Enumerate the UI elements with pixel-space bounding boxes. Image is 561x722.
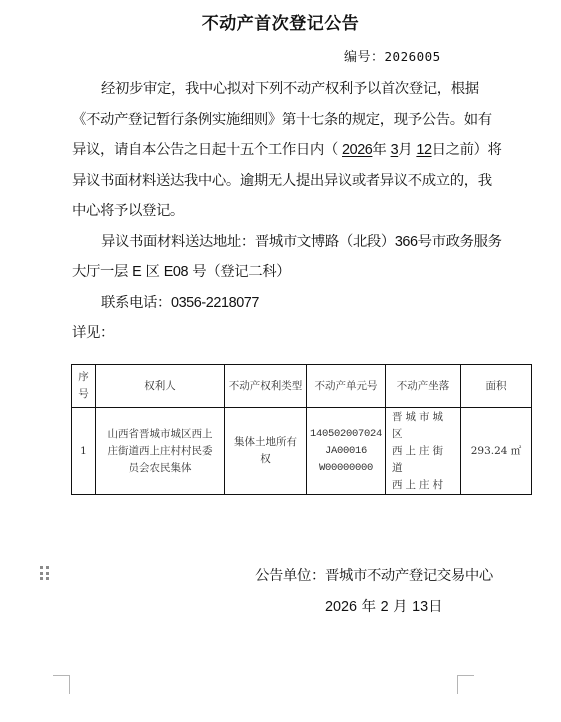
location-line-1: 晋城市城区 — [392, 409, 457, 443]
header-unit-number: 不动产单元号 — [307, 365, 386, 408]
unit-number-line-3: W00000000 — [310, 460, 382, 477]
header-area: 面积 — [461, 365, 532, 408]
deadline-year-unit: 年 — [372, 142, 390, 158]
header-right-type: 不动产权利类型 — [225, 365, 307, 408]
issue-date-day: 13 — [412, 599, 428, 615]
announcement-body: 经初步审定，我中心拟对下列不动产权利予以首次登记，根据《不动产登记暂行条例实施细… — [72, 74, 502, 349]
address-label: 异议书面材料送达地址： — [101, 234, 255, 250]
deadline-year: 2026 — [342, 142, 372, 158]
page-corner-mark-right — [457, 675, 474, 694]
header-index: 序号 — [72, 365, 96, 408]
issuer-label: 公告单位： — [255, 568, 325, 584]
cell-index: 1 — [72, 408, 96, 495]
location-line-3: 西上庄村 — [392, 477, 457, 494]
address-paragraph: 异议书面材料送达地址：晋城市文博路（北段）366号市政务服务大厅一层 E 区 E… — [72, 227, 502, 288]
document-number-value: 2026005 — [385, 49, 441, 64]
cell-unit-number: 140502007024 JA00016 W00000000 — [307, 408, 386, 495]
cell-location: 晋城市城区 西上庄街道 西上庄村 — [386, 408, 461, 495]
location-line-2: 西上庄街道 — [392, 443, 457, 477]
cell-owner: 山西省晋城市城区西上庄街道西上庄村村民委员会农民集体 — [96, 408, 225, 495]
phone-paragraph: 联系电话：0356-2218077 — [72, 288, 502, 319]
document-title: 不动产首次登记公告 — [0, 9, 561, 34]
document-number-label: 编号： — [344, 50, 385, 65]
issue-date: 2026 年 2 月 13日 — [325, 595, 443, 616]
deadline-day: 12 — [416, 142, 431, 158]
issuer-line: 公告单位：晋城市不动产登记交易中心 — [255, 564, 493, 585]
registration-table: 序号 权利人 不动产权利类型 不动产单元号 不动产坐落 面积 1 山西省晋城市城… — [71, 364, 532, 495]
issue-date-month-unit: 月 — [389, 599, 413, 615]
address-street: 晋城市文博路（北段） — [255, 234, 395, 250]
page-corner-mark-left — [53, 675, 70, 694]
header-location: 不动产坐落 — [386, 365, 461, 408]
document-number: 编号：2026005 — [344, 46, 441, 65]
address-office: 号（登记二科） — [188, 264, 290, 280]
table-header-row: 序号 权利人 不动产权利类型 不动产单元号 不动产坐落 面积 — [72, 365, 532, 408]
issue-date-year-unit: 年 — [357, 599, 381, 615]
issue-date-year: 2026 — [325, 599, 357, 615]
unit-number-line-2: JA00016 — [310, 443, 382, 460]
drag-handle-icon[interactable] — [40, 566, 50, 582]
details-label: 详见： — [72, 318, 502, 349]
table-row: 1 山西省晋城市城区西上庄街道西上庄村村民委员会农民集体 集体土地所有权 140… — [72, 408, 532, 495]
deadline-month-unit: 月 — [398, 142, 416, 158]
address-zone: E — [132, 264, 141, 280]
phone-label: 联系电话： — [101, 295, 171, 311]
address-number: 366 — [395, 234, 418, 250]
issue-date-day-unit: 日 — [428, 599, 442, 615]
unit-number-line-1: 140502007024 — [310, 426, 382, 443]
address-zone-unit: 区 — [141, 264, 163, 280]
cell-right-type: 集体土地所有权 — [225, 408, 307, 495]
issuer-name: 晋城市不动产登记交易中心 — [325, 568, 493, 584]
notice-paragraph: 经初步审定，我中心拟对下列不动产权利予以首次登记，根据《不动产登记暂行条例实施细… — [72, 74, 502, 227]
header-owner: 权利人 — [96, 365, 225, 408]
phone-value: 0356-2218077 — [171, 295, 259, 311]
cell-area: 293.24 ㎡ — [461, 408, 532, 495]
document-page: 不动产首次登记公告 编号：2026005 经初步审定，我中心拟对下列不动产权利予… — [0, 0, 561, 722]
issue-date-month: 2 — [381, 599, 389, 615]
address-room: E08 — [164, 264, 188, 280]
